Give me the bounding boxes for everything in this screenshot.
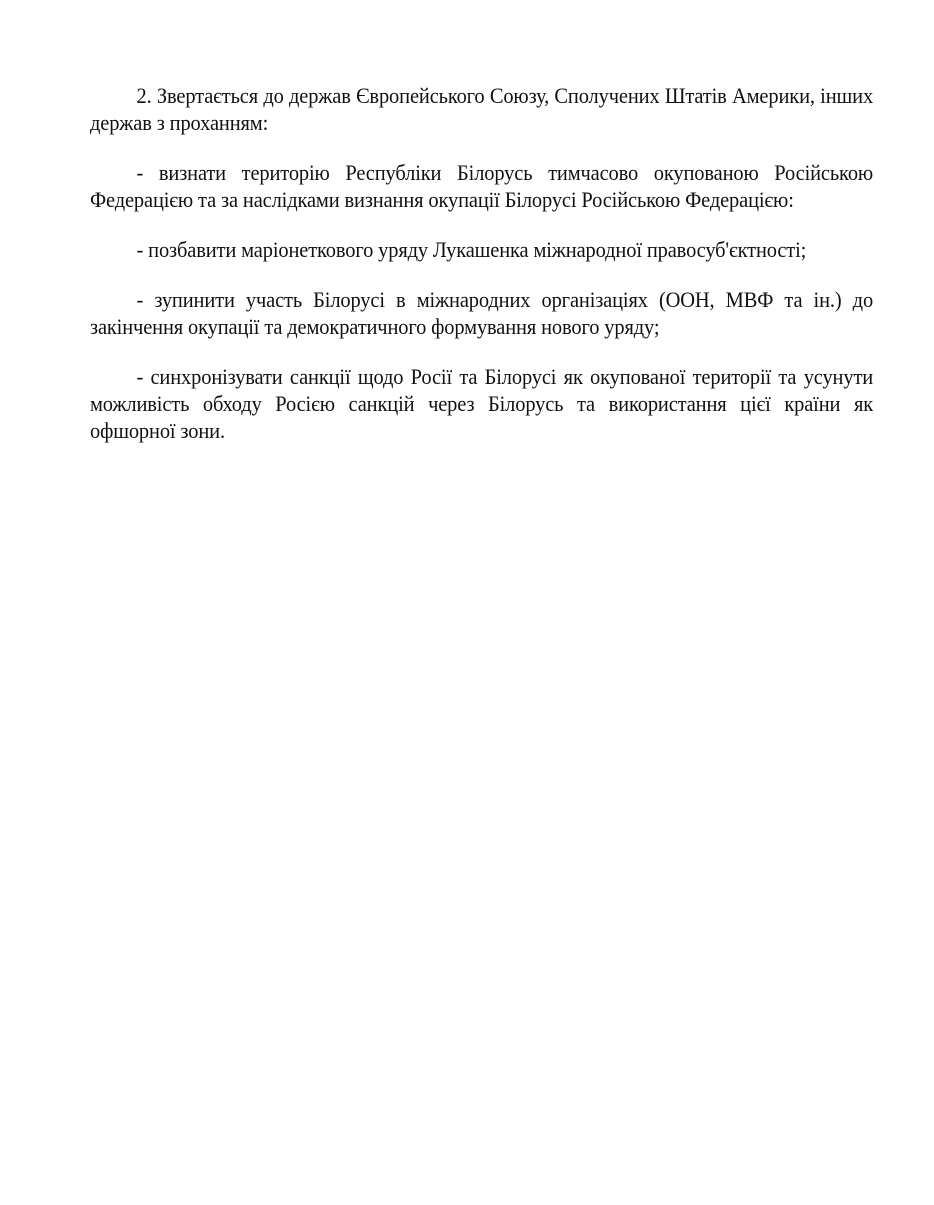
paragraph-recognize-occupation: - визнати територію Республіки Білорусь … [90, 159, 873, 213]
paragraph-synchronize-sanctions: - синхронізувати санкції щодо Росії та Б… [90, 363, 873, 444]
paragraph-deprive-legal-personality: - позбавити маріонеткового уряду Лукашен… [90, 236, 873, 263]
document-page: 2. Звертається до держав Європейського С… [90, 82, 873, 467]
paragraph-suspend-participation: - зупинити участь Білорусі в міжнародних… [90, 286, 873, 340]
paragraph-appeal-intro: 2. Звертається до держав Європейського С… [90, 82, 873, 136]
